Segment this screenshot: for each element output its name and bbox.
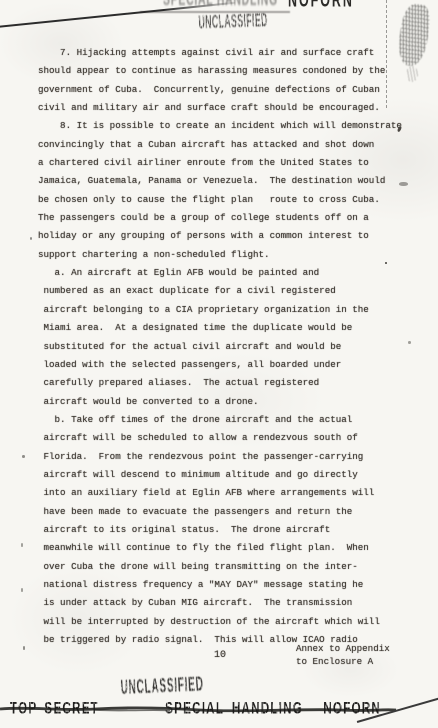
annex-line-1: Annex to Appendix	[296, 643, 390, 656]
document-line: Florida. From the rendezvous point the p…	[38, 448, 402, 466]
top-stamp-noforn-fragment: NOFORN	[288, 0, 354, 13]
strikethrough-line	[0, 700, 400, 718]
document-line: 7. Hijacking attempts against civil air …	[38, 44, 402, 62]
scan-artifact-dashed-line	[386, 0, 387, 108]
document-line: holiday or any grouping of persons with …	[38, 227, 402, 245]
scan-artifact-speck	[399, 182, 408, 186]
document-line: is under attack by Cuban MIG aircraft. T…	[38, 594, 402, 612]
document-line: Jamaica, Guatemala, Panama or Venezuela.…	[38, 172, 402, 190]
document-line: 8. It is possible to create an incident …	[38, 117, 402, 135]
document-line: will be interrupted by destruction of th…	[38, 613, 402, 631]
document-line: substituted for the actual civil aircraf…	[38, 338, 402, 356]
document-line: civil and military air and surface craft…	[38, 99, 402, 117]
scan-artifact-speck	[23, 646, 25, 650]
document-line: government of Cuba. Concurrently, genuin…	[38, 81, 402, 99]
scan-artifact-ink-blob-small	[406, 66, 418, 82]
document-line: aircraft to its original status. The dro…	[38, 521, 402, 539]
document-line: aircraft will be scheduled to allow a re…	[38, 429, 402, 447]
top-unclassified-stamp: UNCLASSIFIED	[198, 9, 268, 33]
document-line: a. An aircraft at Eglin AFB would be pai…	[38, 264, 402, 282]
document-line: carefully prepared aliases. The actual r…	[38, 374, 402, 392]
scan-artifact-speck	[22, 455, 25, 458]
scan-artifact-speck	[385, 262, 387, 264]
scan-artifact-speck	[408, 341, 411, 344]
document-line: numbered as an exact duplicate for a civ…	[38, 282, 402, 300]
document-line: into an auxiliary field at Eglin AFB whe…	[38, 484, 402, 502]
document-line: meanwhile will continue to fly the filed…	[38, 539, 402, 557]
document-line: aircraft will descend to minimum altitud…	[38, 466, 402, 484]
scan-artifact-speck	[198, 254, 200, 256]
document-body: 7. Hijacking attempts against civil air …	[38, 44, 402, 649]
document-line: should appear to continue as harassing m…	[38, 62, 402, 80]
document-page: SPECIAL HANDLING NOFORN UNCLASSIFIED 7. …	[0, 0, 438, 728]
document-line: have been made to evacuate the passenger…	[38, 503, 402, 521]
document-line: a chartered civil airliner enroute from …	[38, 154, 402, 172]
document-line: aircraft would be converted to a drone.	[38, 393, 402, 411]
document-line: national distress frequency a "MAY DAY" …	[38, 576, 402, 594]
document-line: loaded with the selected passengers, all…	[38, 356, 402, 374]
page-number: 10	[214, 650, 226, 661]
document-line: aircraft belonging to a CIA proprietary …	[38, 301, 402, 319]
annex-line-2: to Enclosure A	[296, 656, 390, 669]
document-line: Miami area. At a designated time the dup…	[38, 319, 402, 337]
scan-artifact-speck	[30, 237, 32, 240]
document-line: over Cuba the drone will being transmitt…	[38, 558, 402, 576]
document-line: be chosen only to cause the flight plan …	[38, 191, 402, 209]
scan-artifact-speck	[21, 588, 23, 592]
document-line: support chartering a non-scheduled fligh…	[38, 246, 402, 264]
bottom-unclassified-stamp: UNCLASSIFIED	[120, 671, 204, 698]
document-line: b. Take off times of the drone aircraft …	[38, 411, 402, 429]
document-line: convincingly that a Cuban aircraft has a…	[38, 136, 402, 154]
document-line: The passengers could be a group of colle…	[38, 209, 402, 227]
scan-artifact-speck	[21, 543, 23, 547]
annex-reference: Annex to Appendix to Enclosure A	[296, 643, 390, 668]
